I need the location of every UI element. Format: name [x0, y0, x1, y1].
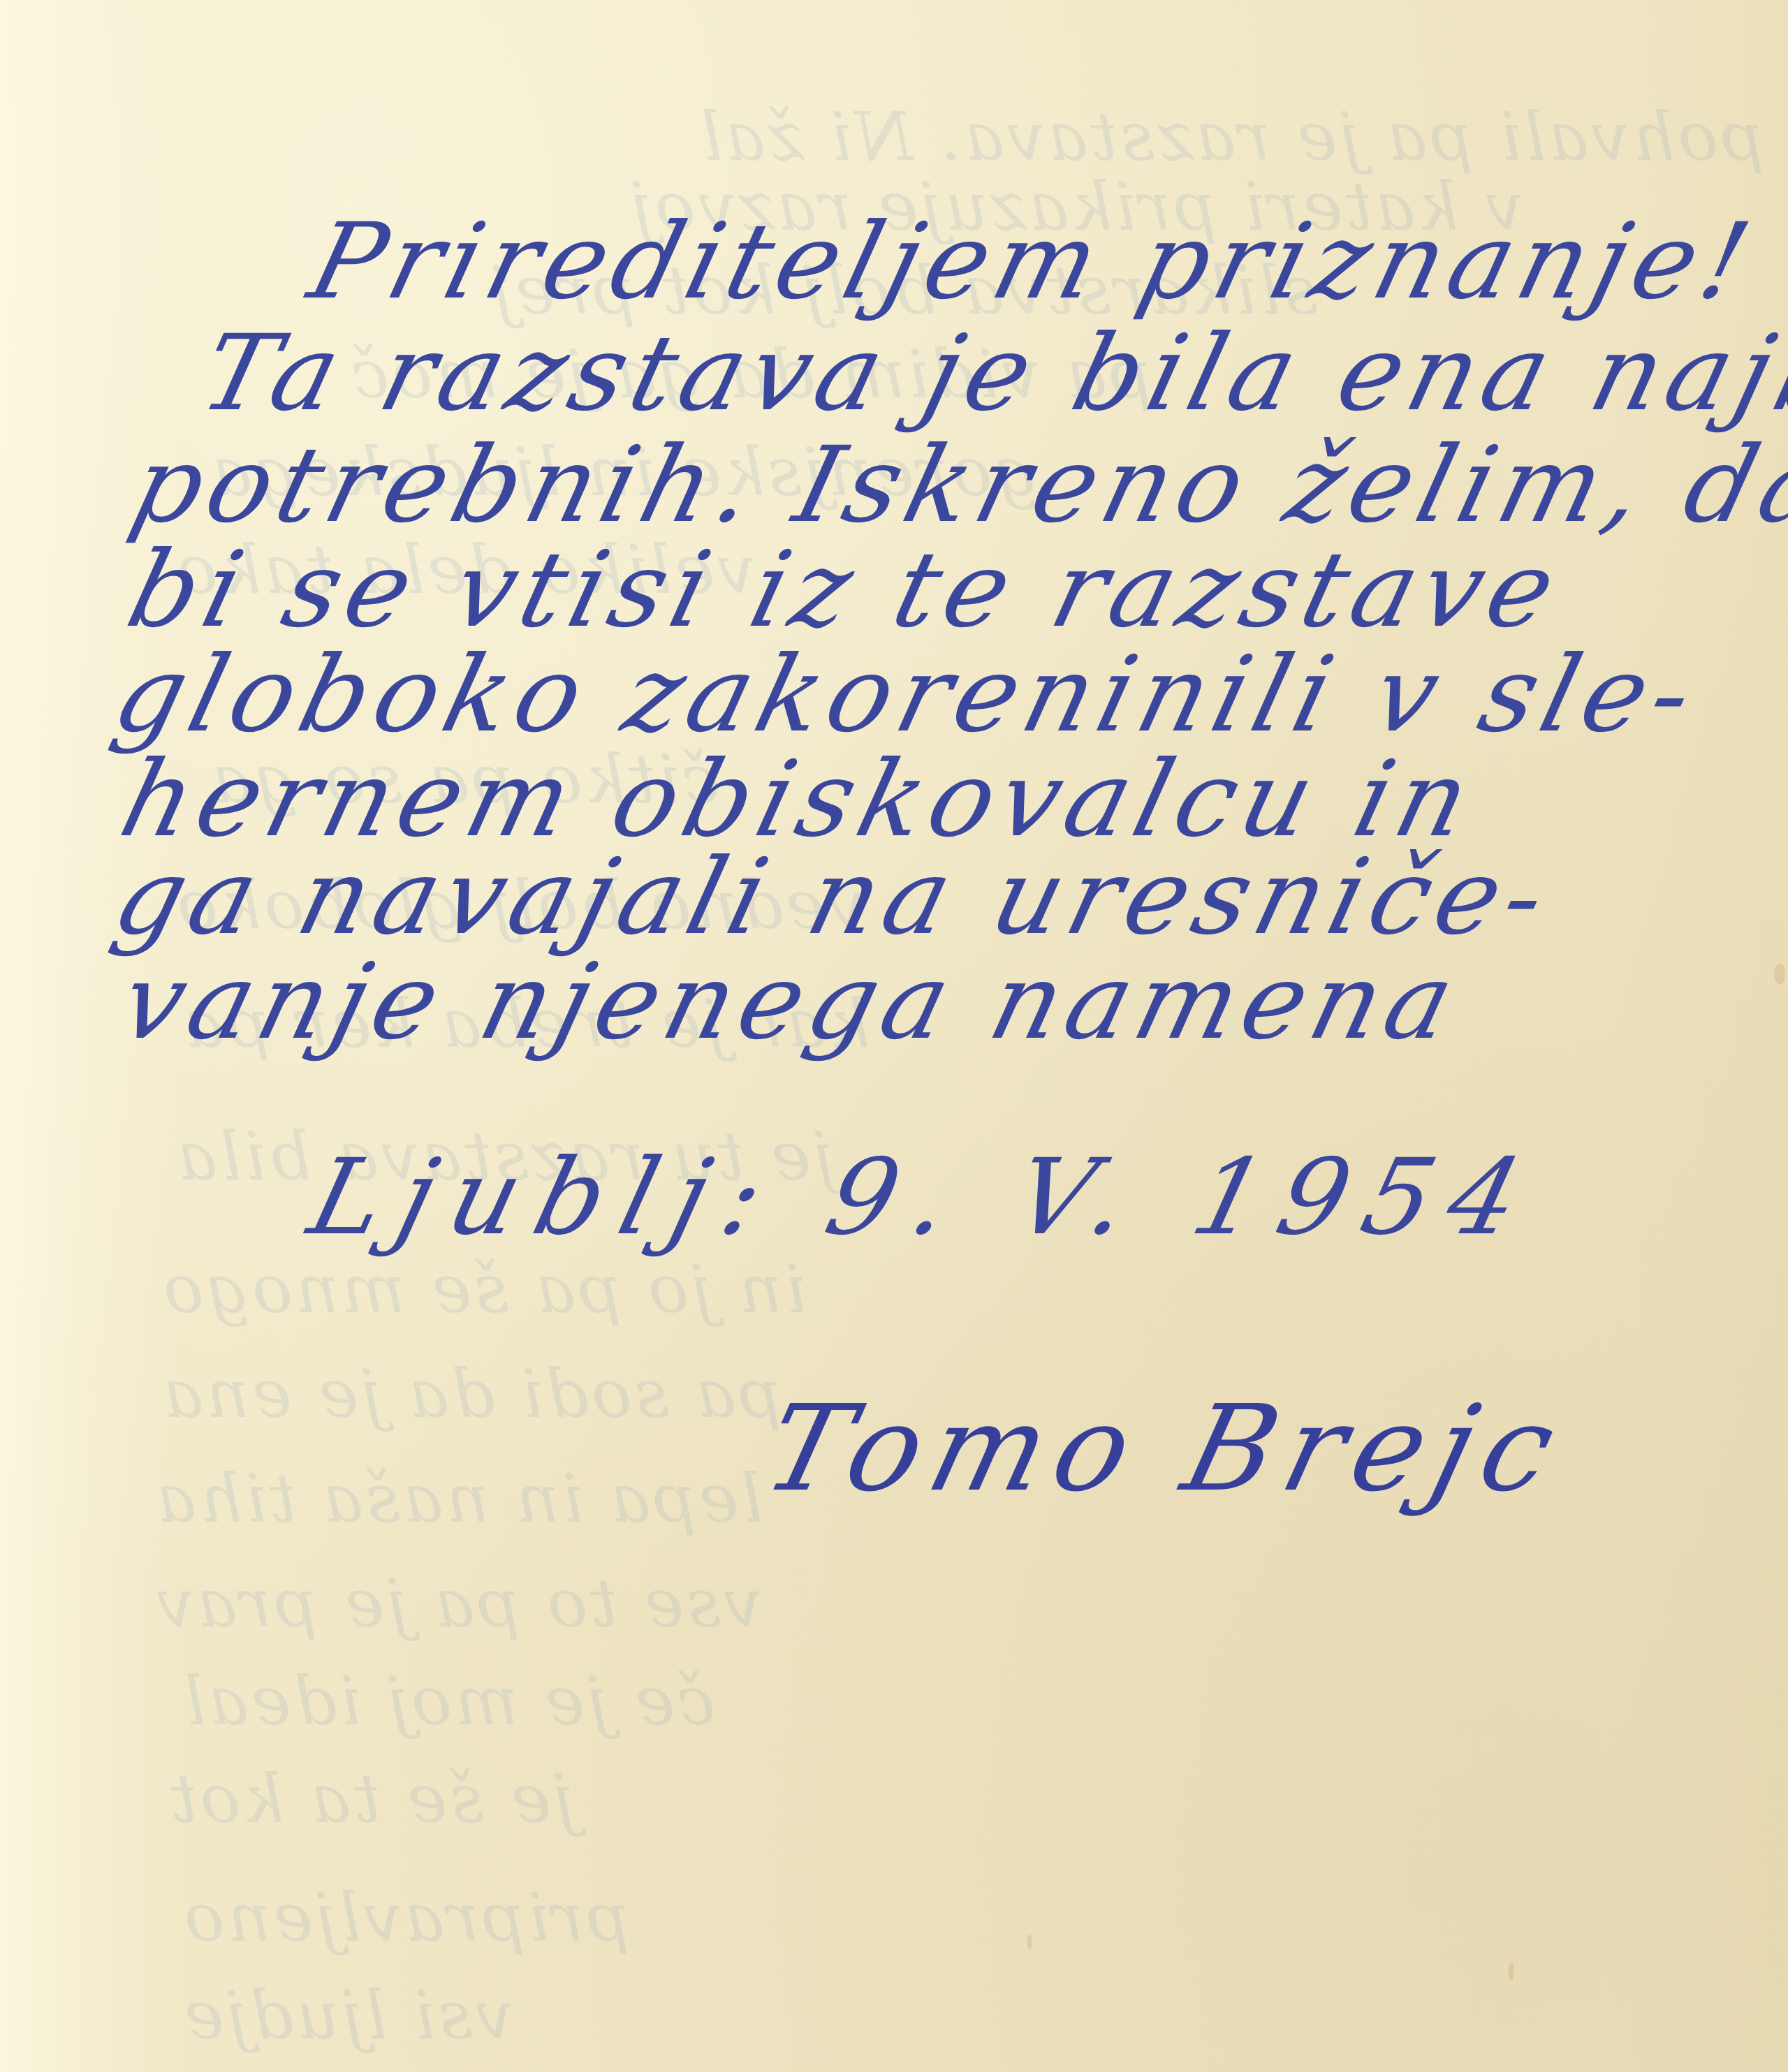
- body-line: potrebnih. Iskreno želim, da: [122, 433, 1788, 538]
- bleed-line: pohvali pa je razstava. Ni žal: [698, 98, 1764, 176]
- bleed-line: in jo pa še mnogo: [161, 1250, 807, 1328]
- signature: Tomo Brejc: [754, 1390, 1576, 1508]
- body-line: globoko zakoreninili v sle-: [105, 642, 1709, 747]
- bleed-line: pa sodi da je ena: [161, 1355, 782, 1433]
- body-line: Ta razstava je bila ena najbolj: [192, 321, 1788, 426]
- bleed-line: vsi ljudje: [182, 1976, 513, 2055]
- date-line: Ljublj: 9. V. 1954: [300, 1145, 1548, 1250]
- document-page: pohvali pa je razstava. Ni žal v kateri …: [0, 0, 1788, 2072]
- bleed-line: je še ta kot: [168, 1760, 575, 1838]
- bleed-line: pripravljeno: [182, 1879, 630, 1957]
- body-line: bi se vtisi iz te razstave: [119, 538, 1571, 642]
- body-line: vanje njenega namena: [112, 950, 1470, 1055]
- paper-stain: [1509, 1962, 1514, 1981]
- bleed-line: če je moj ideal: [182, 1662, 715, 1740]
- paper-stain: [1027, 1934, 1032, 1950]
- body-line: ga navajali na uresniče-: [105, 845, 1562, 950]
- paper-stain: [1774, 964, 1785, 985]
- bleed-line: vse to pa je prav: [154, 1564, 762, 1643]
- bleed-line: lepa in naša tiha: [154, 1460, 763, 1538]
- greeting-line: Prirediteljem priznanje!: [300, 210, 1766, 314]
